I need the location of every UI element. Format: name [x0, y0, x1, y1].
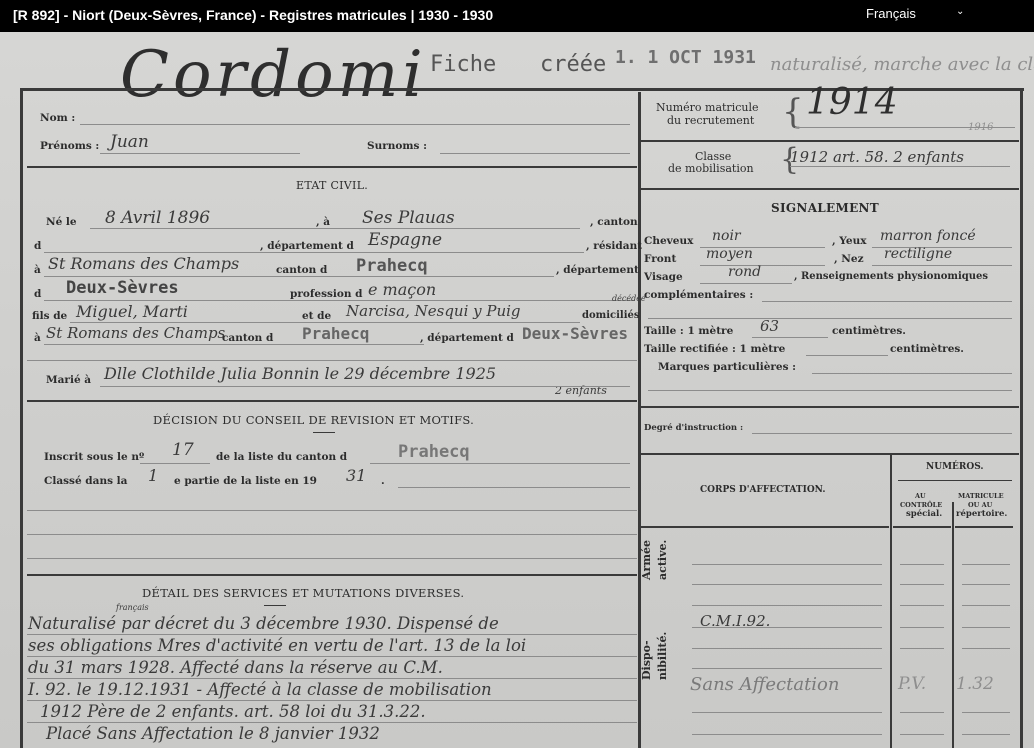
- surname-handwritten: Cordomi: [120, 38, 427, 112]
- profession-underline: [44, 300, 634, 301]
- creation-date-stamp: 1. 1 OCT 1931: [615, 47, 756, 68]
- mat-row-6: [962, 712, 1010, 713]
- dispo-entry: C.M.I.92.: [700, 612, 770, 630]
- classe-mob-underline: [790, 166, 1010, 167]
- yeux-value: marron foncé: [880, 228, 976, 244]
- section-rule-3: [27, 574, 637, 576]
- services-heading: DÉTAIL DES SERVICES ET MUTATIONS DIVERSE…: [142, 586, 464, 600]
- front-label: Front: [644, 253, 676, 265]
- chevron-down-icon: ⌄: [956, 6, 964, 17]
- classe-underline: [398, 487, 630, 488]
- residence-canton: Prahecq: [356, 256, 428, 276]
- right-rule-1: [641, 140, 1019, 142]
- controle-heading-3: spécial.: [906, 509, 942, 519]
- blank-line-1: [27, 510, 637, 511]
- aff-row-5: [692, 648, 882, 649]
- services-ornament: [264, 605, 286, 606]
- prenoms-label: Prénoms :: [40, 140, 99, 152]
- departement2-label: , département: [556, 264, 639, 276]
- liste-canton-label: de la liste du canton d: [216, 451, 347, 463]
- canton-label: , canton: [590, 216, 638, 228]
- creee-label: créée: [540, 52, 606, 77]
- ctl-row-1: [900, 564, 944, 565]
- services-line-3: du 31 mars 1928. Affecté dans la réserve…: [28, 658, 443, 677]
- services-superscript: français: [116, 603, 149, 612]
- partie-label: e partie de la liste en 19: [174, 475, 317, 487]
- numeros-brace: [898, 480, 1012, 481]
- frame-left-rule: [20, 88, 23, 748]
- services-underline-3: [27, 678, 637, 679]
- visage-label: Visage: [644, 271, 683, 283]
- cheveux-label: Cheveux: [644, 235, 693, 247]
- domicilies-label: domiciliés: [582, 310, 640, 321]
- parents-underline: [70, 322, 580, 323]
- blank-line-3: [27, 558, 637, 559]
- section-rule-1: [27, 166, 637, 168]
- taille-rect-underline: [806, 355, 888, 356]
- nez-value: rectiligne: [884, 246, 952, 262]
- prenoms-value: Juan: [110, 132, 149, 152]
- services-line-5: 1912 Père de 2 enfants. art. 58 loi du 3…: [40, 702, 426, 721]
- table-header-rule-3: [955, 526, 1013, 528]
- nez-label: , Nez: [834, 253, 864, 265]
- table-header-rule-2: [893, 526, 951, 528]
- marques-underline: [812, 373, 1012, 374]
- services-line-6: Placé Sans Affectation le 8 janvier 1932: [46, 724, 380, 743]
- inscrit-number: 17: [172, 440, 194, 460]
- degre-underline: [752, 433, 1012, 434]
- nom-label: Nom :: [40, 112, 75, 124]
- taille-label: Taille : 1 mètre: [644, 325, 733, 337]
- centimetres-label: centimètres.: [832, 325, 906, 337]
- aff-row-8: [692, 734, 882, 735]
- marriage-details: Dlle Clothilde Julia Bonnin le 29 décemb…: [104, 364, 496, 383]
- mat-row-1: [962, 564, 1010, 565]
- residence-underline: [44, 276, 554, 277]
- matricule-underline: [795, 127, 1015, 128]
- classe-mobilisation-value: 1912 art. 58. 2 enfants: [790, 148, 964, 166]
- naturalization-annotation: naturalisé, marche avec la classe 1916: [770, 54, 1034, 75]
- matricule-heading-1: MATRICULE: [958, 492, 1004, 500]
- services-line-4: I. 92. le 19.12.1931 - Affecté à la clas…: [28, 680, 492, 699]
- services-underline-1: [27, 634, 637, 635]
- canton-underline: [370, 463, 630, 464]
- centimetres2-label: centimètres.: [890, 343, 964, 355]
- register-page-image: Fiche créée 1. 1 OCT 1931 naturalisé, ma…: [0, 32, 1034, 748]
- renseignements-label: , Renseignements physionomiques: [794, 271, 988, 282]
- etat-civil-heading: ETAT CIVIL.: [296, 179, 368, 192]
- fils-de-label: fils de: [32, 310, 67, 322]
- birth-place: Ses Plauas: [362, 208, 455, 228]
- document-viewer[interactable]: Fiche créée 1. 1 OCT 1931 naturalisé, ma…: [0, 32, 1034, 748]
- mat-row-7: [962, 734, 1010, 735]
- mother-name: Narcisa, Nesqui y Puig: [346, 302, 521, 320]
- armee-label-2: active.: [656, 540, 669, 580]
- ctl-row-7: [900, 734, 944, 735]
- section-thin-rule: [27, 360, 637, 361]
- ctl-row-4: [900, 627, 944, 628]
- reserve-matricule: 1.32: [956, 674, 994, 694]
- residence-departement: Deux-Sèvres: [66, 278, 179, 298]
- complementaires-underline: [762, 301, 1012, 302]
- mat-row-5: [962, 648, 1010, 649]
- record-title: [R 892] - Niort (Deux-Sèvres, France) - …: [13, 7, 493, 23]
- classe-label: Classé dans la: [44, 475, 127, 487]
- prenoms-underline: [100, 153, 300, 154]
- d-label: d: [34, 240, 41, 252]
- matricule-label-2: du recrutement: [667, 114, 754, 127]
- mat-row-3: [962, 605, 1010, 606]
- services-line-1: Naturalisé par décret du 3 décembre 1930…: [28, 614, 499, 633]
- language-selected: Français: [866, 6, 916, 21]
- classe-part: 1: [148, 466, 158, 485]
- front-value: moyen: [706, 246, 753, 262]
- canton-d-label: canton d: [276, 264, 327, 276]
- armee-label-1: Armée: [640, 540, 653, 580]
- et-de-label: et de: [302, 310, 331, 322]
- front-underline: [700, 265, 825, 266]
- visage-underline: [700, 283, 792, 284]
- decision-canton: Prahecq: [398, 442, 470, 462]
- aff-row-3: [692, 605, 882, 606]
- services-line-2: ses obligations Mres d'activité en vertu…: [28, 636, 526, 655]
- d2-label: d: [34, 288, 41, 300]
- parents-residence-underline: [44, 344, 424, 345]
- matricule-number: 1914: [806, 82, 898, 123]
- table-header-rule-1: [641, 526, 889, 528]
- matricule-heading-2: OU AU: [968, 501, 992, 509]
- aff-row-7: [692, 712, 882, 713]
- reserve-entry: Sans Affectation: [690, 674, 839, 695]
- surnoms-label: Surnoms :: [367, 140, 427, 152]
- signalement-heading: SIGNALEMENT: [771, 201, 879, 215]
- classe-year: 31: [346, 466, 366, 485]
- matricule-heading-3: répertoire.: [956, 509, 1007, 519]
- services-underline-2: [27, 656, 637, 657]
- birth-departement: Espagne: [368, 230, 442, 250]
- corps-heading: CORPS D'AFFECTATION.: [700, 485, 825, 495]
- yeux-label: , Yeux: [832, 235, 866, 247]
- taille-underline: [752, 337, 828, 338]
- frame-right-rule: [1020, 88, 1023, 748]
- residence: St Romans des Champs: [48, 254, 239, 273]
- numeros-heading: NUMÉROS.: [926, 462, 984, 472]
- nez-underline: [872, 265, 1012, 266]
- ctl-row-2: [900, 584, 944, 585]
- ctl-row-6: [900, 712, 944, 713]
- marques-label: Marques particulières :: [658, 361, 796, 373]
- inscrit-underline: [140, 463, 210, 464]
- complementaires-underline-2: [648, 318, 1012, 319]
- departement3-label: , département d: [420, 332, 514, 344]
- reserve-controle: P.V.: [898, 674, 926, 694]
- classe-mob-label-2: de mobilisation: [668, 162, 754, 175]
- a3-label: à: [34, 332, 41, 344]
- fiche-label: Fiche: [430, 52, 496, 77]
- right-rule-3: [641, 406, 1019, 408]
- nom-underline: [80, 124, 630, 125]
- ctl-row-5: [900, 648, 944, 649]
- parents-departement: Deux-Sèvres: [522, 324, 628, 343]
- surnoms-underline: [440, 153, 630, 154]
- parents-residence: St Romans des Champs: [46, 324, 225, 342]
- decision-ornament: [313, 432, 335, 433]
- dispo-label-1: Dispo-: [640, 640, 653, 680]
- marriage-underline: [100, 386, 630, 387]
- profession: e maçon: [368, 280, 436, 299]
- cheveux-value: noir: [712, 228, 741, 244]
- birth-date: 8 Avril 1896: [105, 208, 210, 228]
- taille-cm-value: 63: [760, 317, 779, 335]
- degre-instruction-label: Degré d'instruction :: [644, 423, 743, 433]
- section-rule-2: [27, 400, 637, 402]
- mat-row-2: [962, 584, 1010, 585]
- services-underline-5: [27, 722, 637, 723]
- deceased-note: décédée: [612, 294, 646, 303]
- visage-value: rond: [728, 264, 761, 280]
- language-select[interactable]: Français ⌄: [866, 3, 976, 25]
- complementaires-label: complémentaires :: [644, 289, 753, 301]
- a-label: , à: [316, 216, 330, 228]
- matricule-brace: {: [782, 92, 804, 132]
- services-underline-4: [27, 700, 637, 701]
- controle-heading-2: CONTRÔLE: [900, 501, 942, 509]
- controle-heading-1: AU: [915, 492, 926, 500]
- inscrit-label: Inscrit sous le nº: [44, 451, 144, 463]
- departement-label: , département d: [260, 240, 354, 252]
- marques-underline-2: [648, 390, 1012, 391]
- ne-le-label: Né le: [46, 216, 77, 228]
- a2-label: à: [34, 264, 41, 276]
- aff-row-2: [692, 584, 882, 585]
- dispo-label-2: nibilité.: [656, 632, 669, 680]
- taille-rectifiee-label: Taille rectifiée : 1 mètre: [644, 343, 785, 355]
- decision-heading: DÉCISION DU CONSEIL DE REVISION ET MOTIF…: [153, 413, 474, 427]
- residant-label: , résidant: [586, 240, 642, 252]
- title-bar: [R 892] - Niort (Deux-Sèvres, France) - …: [0, 0, 1034, 32]
- right-rule-2: [641, 188, 1019, 190]
- departement-underline: [44, 252, 584, 253]
- classe-period: .: [381, 475, 385, 487]
- ctl-row-3: [900, 605, 944, 606]
- table-divider-2: [952, 502, 954, 748]
- aff-row-6: [692, 668, 882, 669]
- aff-row-1: [692, 564, 882, 565]
- table-divider-1: [890, 454, 892, 748]
- father-name: Miguel, Marti: [76, 302, 188, 321]
- matricule-label-1: Numéro matricule: [656, 101, 759, 114]
- mat-row-4: [962, 627, 1010, 628]
- marie-label: Marié à: [46, 374, 91, 386]
- birth-underline: [90, 228, 580, 229]
- canton-d2-label: canton d: [222, 332, 273, 344]
- parents-canton: Prahecq: [302, 324, 369, 343]
- right-rule-4: [641, 453, 1019, 455]
- profession-label: profession d: [290, 288, 363, 300]
- blank-line-2: [27, 534, 637, 535]
